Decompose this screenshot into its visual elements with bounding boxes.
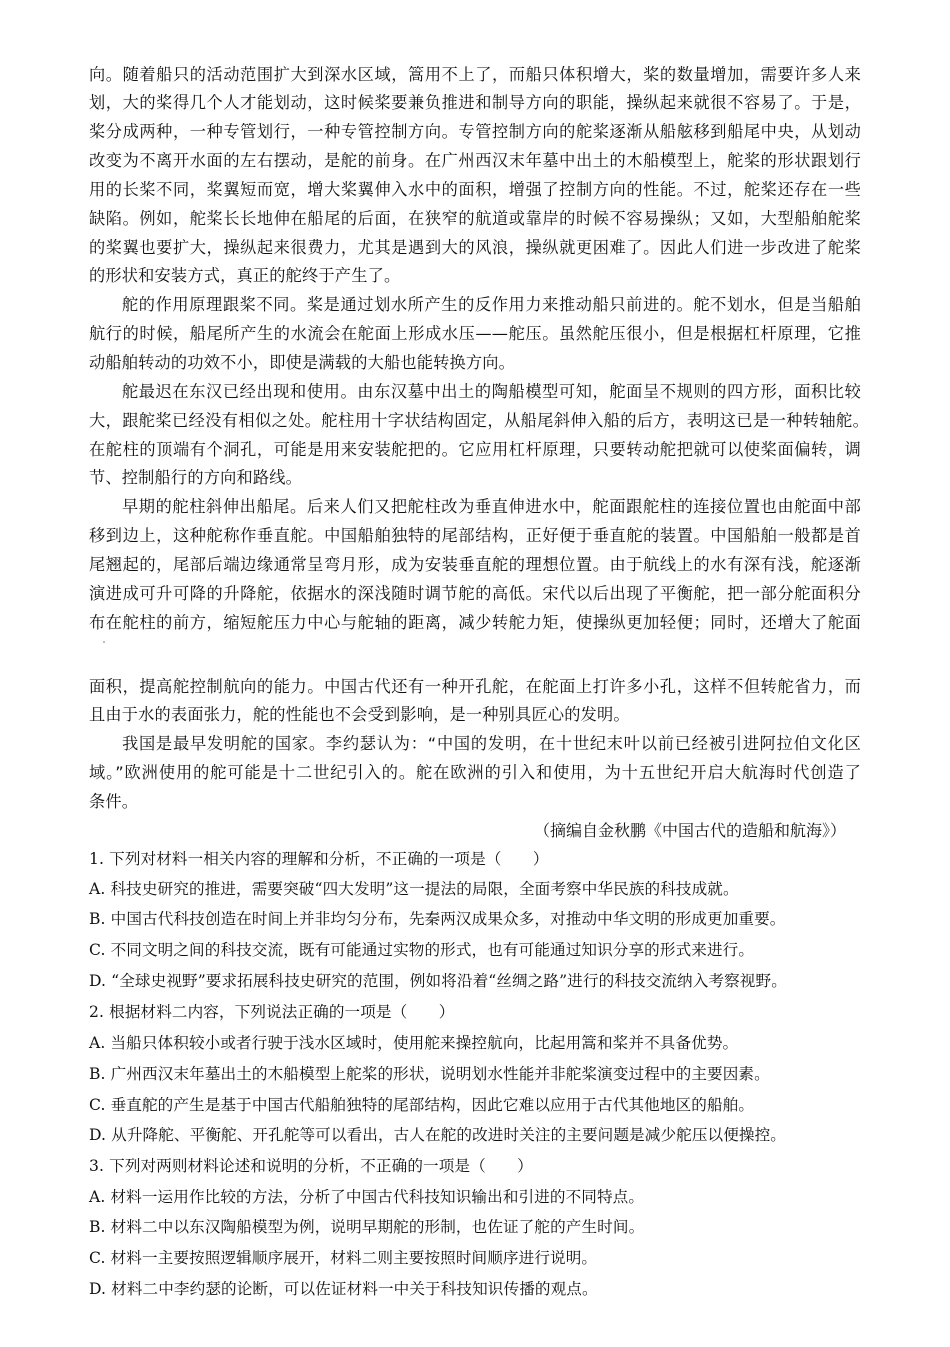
passage-line: 节、控制船行的方向和路线。 <box>89 467 302 489</box>
scan-artifact <box>103 641 105 643</box>
passage-line: 大，跟舵桨已经没有相似之处。舵柱用十字状结构固定，从船尾斜伸入船的后方，表明这已… <box>89 410 869 432</box>
passage-line: 舵的作用原理跟桨不同。桨是通过划水所产生的反作用力来推动船只前进的。舵不划水，但… <box>122 294 861 316</box>
passage-line: 桨分成两种，一种专管划行，一种专管控制方向。专管控制方向的舵桨逐渐从船舷移到船尾… <box>89 121 861 143</box>
passage-line: 舵最迟在东汉已经出现和使用。由东汉墓中出土的陶船模型可知，舵面呈不规则的四方形，… <box>122 381 861 403</box>
question-option-c: C. 材料一主要按照逻辑顺序展开，材料二则主要按照时间顺序进行说明。 <box>89 1247 597 1269</box>
passage-line: 我国是最早发明舵的国家。李约瑟认为：“中国的发明，在十世纪末叶以前已经被引进阿拉… <box>122 733 861 755</box>
passage-line: 的桨翼也要扩大，操纵起来很费力，尤其是遇到大的风浪，操纵就更困难了。因此人们进一… <box>89 237 861 259</box>
passage-line: 域。”欧洲使用的舵可能是十二世纪引入的。舵在欧洲的引入和使用，为十五世纪开启大航… <box>89 762 861 784</box>
question-option-d: D. 从升降舵、平衡舵、开孔舵等可以看出，古人在舵的改进时关注的主要问题是减少舵… <box>89 1124 786 1146</box>
question-option-a: A. 科技史研究的推进，需要突破“四大发明”这一提法的局限，全面考察中华民族的科… <box>89 878 739 900</box>
question-stem: 1. 下列对材料一相关内容的理解和分析，不正确的一项是（ ） <box>89 848 549 870</box>
passage-line: 用的长桨不同，桨翼短而宽，增大桨翼伸入水中的面积，增强了控制方向的性能。不过，舵… <box>89 179 861 201</box>
passage-line: 面积，提高舵控制航向的能力。中国古代还有一种开孔舵，在舵面上打许多小孔，这样不但… <box>89 676 861 698</box>
passage-line: 划，大的桨得几个人才能划动，这时候桨要兼负推进和制导方向的职能，操纵起来就很不容… <box>89 92 861 114</box>
passage-line: 缺陷。例如，舵桨长长地伸在船尾的后面，在狭窄的航道或靠岸的时候不容易操纵；又如，… <box>89 208 861 230</box>
question-option-a: A. 当船只体积较小或者行驶于浅水区域时，使用舵来操控航向，比起用篙和桨并不具备… <box>89 1032 738 1054</box>
question-option-c: C. 不同文明之间的科技交流，既有可能通过实物的形式，也有可能通过知识分享的形式… <box>89 939 754 961</box>
passage-line: 动船舶转动的功效不小，即使是满载的大船也能转换方向。 <box>89 352 515 374</box>
question-option-c: C. 垂直舵的产生是基于中国古代船舶独特的尾部结构，因此它难以应用于古代其他地区… <box>89 1094 754 1116</box>
question-option-b: B. 中国古代科技创造在时间上并非均匀分布，先秦两汉成果众多，对推动中华文明的形… <box>89 908 786 930</box>
question-option-d: D. “全球史视野”要求拓展科技史研究的范围，例如将沿着“丝绸之路”进行的科技交… <box>89 970 787 992</box>
exam-page: 向。随着船只的活动范围扩大到深水区域，篙用不上了，而船只体积增大，桨的数量增加，… <box>0 0 950 1347</box>
passage-line: 布在舵柱的前方，缩短舵压力中心与舵轴的距离，减少转舵力矩，使操纵更加轻便；同时，… <box>89 612 861 634</box>
passage-line: 向。随着船只的活动范围扩大到深水区域，篙用不上了，而船只体积增大，桨的数量增加，… <box>89 64 861 86</box>
passage-line: 航行的时候，船尾所产生的水流会在舵面上形成水压——舵压。虽然舵压很小，但是根据杠… <box>89 323 861 345</box>
passage-line: 改变为不离开水面的左右摆动，是舵的前身。在广州西汉末年墓中出土的木船模型上，舵桨… <box>89 150 861 172</box>
passage-line: 的形状和安装方式，真正的舵终于产生了。 <box>89 265 400 287</box>
passage-line: 条件。 <box>89 791 138 813</box>
question-option-a: A. 材料一运用作比较的方法，分析了中国古代科技知识输出和引进的不同特点。 <box>89 1186 644 1208</box>
passage-line: 在舵柱的顶端有个洞孔，可能是用来安装舵把的。它应用杠杆原理，只要转动舵把就可以使… <box>89 439 861 461</box>
passage-line: 早期的舵柱斜伸出船尾。后来人们又把舵柱改为垂直伸进水中，舵面跟舵柱的连接位置也由… <box>122 496 861 518</box>
passage-line: 移到边上，这种舵称作垂直舵。中国船舶独特的尾部结构，正好便于垂直舵的装置。中国船… <box>89 525 861 547</box>
question-stem: 3. 下列对两则材料论述和说明的分析，不正确的一项是（ ） <box>89 1155 533 1177</box>
source-citation: （摘编自金秋鹏《中国古代的造船和航海》） <box>534 820 846 842</box>
question-option-b: B. 材料二中以东汉陶船模型为例，说明早期舵的形制，也佐证了舵的产生时间。 <box>89 1216 644 1238</box>
passage-line: 演进成可升可降的升降舵，依据水的深浅随时调节舵的高低。宋代以后出现了平衡舵，把一… <box>89 583 861 605</box>
passage-line: 尾翘起的，尾部后端边缘通常呈弯月形，成为安装垂直舵的理想位置。由于航线上的水有深… <box>89 554 861 576</box>
question-option-d: D. 材料二中李约瑟的论断，可以佐证材料一中关于科技知识传播的观点。 <box>89 1278 598 1300</box>
question-stem: 2. 根据材料二内容，下列说法正确的一项是（ ） <box>89 1001 454 1023</box>
passage-line: 且由于水的表面张力，舵的性能也不会受到影响，是一种别具匠心的发明。 <box>89 704 630 726</box>
question-option-b: B. 广州西汉末年墓出土的木船模型上舵桨的形状，说明划水性能并非舵桨演变过程中的… <box>89 1063 770 1085</box>
